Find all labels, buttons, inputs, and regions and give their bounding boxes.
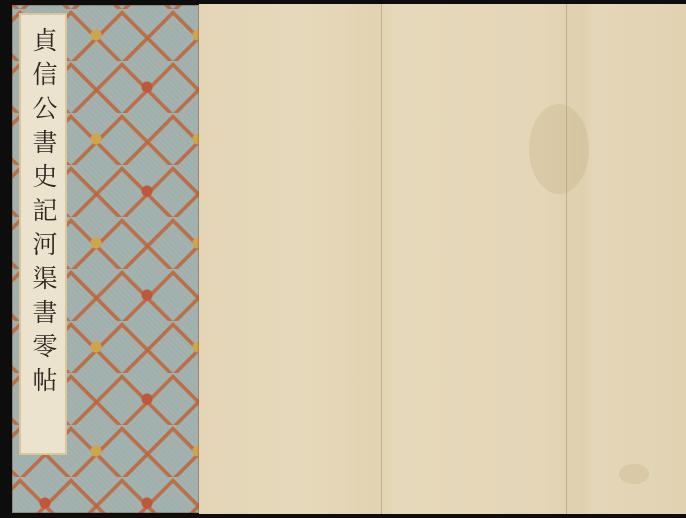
- paper-stain: [619, 464, 649, 484]
- fold-line: [381, 4, 382, 514]
- unfolded-paper-leaves: [199, 4, 686, 514]
- fold-line: [566, 4, 567, 514]
- title-label-slip: 貞信公書史記河渠書零帖: [19, 13, 67, 455]
- cover-title: 貞信公書史記河渠書零帖: [21, 27, 65, 401]
- paper-stain: [529, 104, 589, 194]
